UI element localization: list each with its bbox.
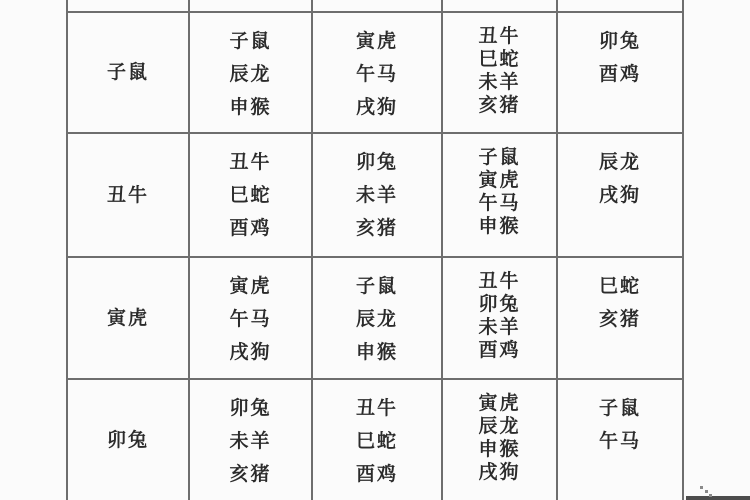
- header-stub-cell: [190, 0, 313, 13]
- zodiac-table: 子鼠 子鼠 辰龙 申猴 寅虎 午马 戌狗 丑牛 巳蛇 未羊 亥猪 卯兔 酉鸡: [66, 0, 684, 500]
- cell-ox-col3: 卯兔 未羊 亥猪: [313, 134, 443, 258]
- zodiac-pair-text: 酉鸡: [229, 212, 271, 245]
- zodiac-pair-text: 卯兔: [599, 25, 641, 58]
- zodiac-pair-text: 未羊: [478, 316, 520, 339]
- cell-rabbit-col5: 子鼠 午马: [558, 380, 684, 500]
- zodiac-pair-text: 卯兔: [229, 392, 271, 425]
- zodiac-pair-text: 未羊: [356, 179, 398, 212]
- zodiac-pair-text: 戌狗: [478, 461, 520, 484]
- zodiac-pair-text: 亥猪: [478, 94, 520, 117]
- zodiac-pair-text: 戌狗: [599, 179, 641, 212]
- zodiac-pair-text: 子鼠: [107, 56, 149, 89]
- zodiac-pair-text: 丑牛: [356, 392, 398, 425]
- cell-rat-col2: 子鼠 辰龙 申猴: [190, 13, 313, 134]
- cell-tiger-label: 寅虎: [66, 258, 190, 380]
- zodiac-pair-text: 寅虎: [229, 270, 271, 303]
- cell-rabbit-col4: 寅虎 辰龙 申猴 戌狗: [443, 380, 558, 500]
- zodiac-pair-text: 申猴: [478, 438, 520, 461]
- zodiac-pair-text: 子鼠: [229, 25, 271, 58]
- zodiac-pair-text: 未羊: [229, 425, 271, 458]
- zodiac-pair-text: 酉鸡: [356, 458, 398, 491]
- table-row-rat: 子鼠 子鼠 辰龙 申猴 寅虎 午马 戌狗 丑牛 巳蛇 未羊 亥猪 卯兔 酉鸡: [66, 13, 684, 134]
- zodiac-pair-text: 子鼠: [599, 392, 641, 425]
- zodiac-pair-text: 巳蛇: [599, 270, 641, 303]
- cell-tiger-col5: 巳蛇 亥猪: [558, 258, 684, 380]
- zodiac-pair-text: 巳蛇: [356, 425, 398, 458]
- zodiac-pair-text: 辰龙: [356, 303, 398, 336]
- zodiac-pair-text: 亥猪: [599, 303, 641, 336]
- cell-tiger-col4: 丑牛 卯兔 未羊 酉鸡: [443, 258, 558, 380]
- zodiac-pair-text: 丑牛: [478, 270, 520, 293]
- zodiac-pair-text: 丑牛: [229, 146, 271, 179]
- header-stub-cell: [313, 0, 443, 13]
- zodiac-pair-text: 寅虎: [478, 169, 520, 192]
- cell-tiger-col3: 子鼠 辰龙 申猴: [313, 258, 443, 380]
- zodiac-pair-text: 亥猪: [356, 212, 398, 245]
- zodiac-pair-text: 辰龙: [599, 146, 641, 179]
- cell-ox-col5: 辰龙 戌狗: [558, 134, 684, 258]
- zodiac-pair-text: 卯兔: [356, 146, 398, 179]
- cell-rabbit-col2: 卯兔 未羊 亥猪: [190, 380, 313, 500]
- zodiac-pair-text: 戌狗: [356, 91, 398, 124]
- zodiac-pair-text: 未羊: [478, 71, 520, 94]
- zodiac-pair-text: 寅虎: [107, 302, 149, 335]
- cell-ox-label: 丑牛: [66, 134, 190, 258]
- cell-ox-col2: 丑牛 巳蛇 酉鸡: [190, 134, 313, 258]
- cell-rat-col4: 丑牛 巳蛇 未羊 亥猪: [443, 13, 558, 134]
- zodiac-pair-text: 卯兔: [107, 424, 149, 457]
- zodiac-pair-text: 午马: [229, 303, 271, 336]
- table-row-rabbit: 卯兔 卯兔 未羊 亥猪 丑牛 巳蛇 酉鸡 寅虎 辰龙 申猴 戌狗 子鼠 午马: [66, 380, 684, 500]
- cell-rabbit-label: 卯兔: [66, 380, 190, 500]
- table-row-tiger: 寅虎 寅虎 午马 戌狗 子鼠 辰龙 申猴 丑牛 卯兔 未羊 酉鸡 巳蛇 亥猪: [66, 258, 684, 380]
- zodiac-pair-text: 子鼠: [356, 270, 398, 303]
- header-stub-cell: [558, 0, 684, 13]
- zodiac-pair-text: 寅虎: [478, 392, 520, 415]
- zodiac-pair-text: 丑牛: [478, 25, 520, 48]
- corner-dots-artifact: [700, 486, 703, 489]
- header-stub-cell: [443, 0, 558, 13]
- zodiac-pair-text: 戌狗: [229, 336, 271, 369]
- zodiac-pair-text: 午马: [478, 192, 520, 215]
- zodiac-pair-text: 子鼠: [478, 146, 520, 169]
- zodiac-pair-text: 申猴: [356, 336, 398, 369]
- zodiac-pair-text: 卯兔: [478, 293, 520, 316]
- cell-rat-col3: 寅虎 午马 戌狗: [313, 13, 443, 134]
- zodiac-pair-text: 申猴: [229, 91, 271, 124]
- table-row-cutoff-header: [66, 0, 684, 13]
- zodiac-pair-text: 辰龙: [478, 415, 520, 438]
- zodiac-pair-text: 午马: [356, 58, 398, 91]
- zodiac-pair-text: 巳蛇: [229, 179, 271, 212]
- zodiac-pair-text: 酉鸡: [478, 339, 520, 362]
- zodiac-pair-text: 辰龙: [229, 58, 271, 91]
- cell-rabbit-col3: 丑牛 巳蛇 酉鸡: [313, 380, 443, 500]
- cell-tiger-col2: 寅虎 午马 戌狗: [190, 258, 313, 380]
- bottom-edge-artifact: [686, 496, 750, 500]
- zodiac-pair-text: 巳蛇: [478, 48, 520, 71]
- cell-rat-col5: 卯兔 酉鸡: [558, 13, 684, 134]
- zodiac-pair-text: 午马: [599, 425, 641, 458]
- cell-rat-label: 子鼠: [66, 13, 190, 134]
- zodiac-pair-text: 亥猪: [229, 458, 271, 491]
- zodiac-pair-text: 酉鸡: [599, 58, 641, 91]
- zodiac-pair-text: 寅虎: [356, 25, 398, 58]
- table-row-ox: 丑牛 丑牛 巳蛇 酉鸡 卯兔 未羊 亥猪 子鼠 寅虎 午马 申猴 辰龙 戌狗: [66, 134, 684, 258]
- zodiac-pair-text: 丑牛: [107, 179, 149, 212]
- cell-ox-col4: 子鼠 寅虎 午马 申猴: [443, 134, 558, 258]
- zodiac-table-screenshot: 子鼠 子鼠 辰龙 申猴 寅虎 午马 戌狗 丑牛 巳蛇 未羊 亥猪 卯兔 酉鸡: [0, 0, 750, 500]
- header-stub-cell: [66, 0, 190, 13]
- zodiac-pair-text: 申猴: [478, 215, 520, 238]
